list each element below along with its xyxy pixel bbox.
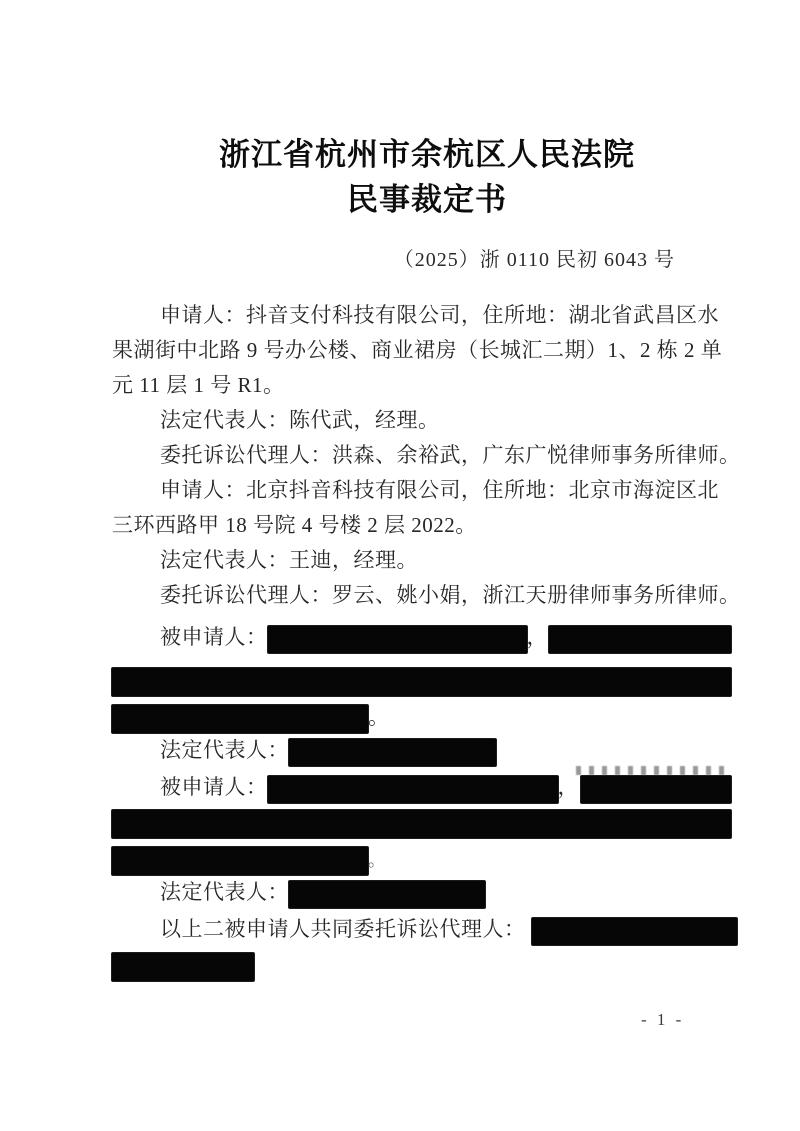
- applicant1-legal-rep: 法定代表人：陈代武，经理。: [112, 403, 800, 438]
- page-number: - 1 -: [641, 1008, 684, 1032]
- respondent2-redacted-line2: [112, 805, 800, 840]
- respondent2-legal-rep-row: 法定代表人：: [112, 875, 800, 910]
- applicant2-agents: 委托诉讼代理人：罗云、姚小娟，浙江天册律师事务所律师。: [112, 578, 800, 613]
- redaction-bar: [112, 810, 731, 838]
- respondent2-redacted-line3: 。: [112, 842, 800, 878]
- redaction-bar: [112, 705, 368, 733]
- legal-rep-label: 法定代表人：: [160, 738, 289, 762]
- document-page: 浙江省杭州市余杭区人民法院 民事裁定书 （2025）浙 0110 民初 6043…: [0, 0, 800, 1131]
- respondent-label: 被申请人：: [160, 625, 268, 649]
- redaction-bar: [289, 881, 485, 908]
- redaction-bar: [268, 626, 527, 653]
- respondent1-redacted-line3: 。: [112, 700, 800, 735]
- court-title: 浙江省杭州市余杭区人民法院: [27, 132, 800, 178]
- respondent1-legal-rep-row: 法定代表人：: [112, 733, 800, 768]
- joint-agent-label: 以上二被申请人共同委托诉讼代理人：: [160, 917, 526, 941]
- joint-agent-redacted-line2: [112, 948, 800, 983]
- applicant2-legal-rep: 法定代表人：王迪，经理。: [112, 543, 800, 578]
- case-number: （2025）浙 0110 民初 6043 号: [394, 245, 675, 275]
- comma-separator: ，: [527, 625, 549, 649]
- applicant2-line1: 申请人：北京抖音科技有限公司，住所地：北京市海淀区北: [112, 473, 800, 508]
- redaction-bar: [112, 847, 368, 875]
- comma-separator: ，: [558, 775, 580, 799]
- applicant2-line2: 三环西路甲 18 号院 4 号楼 2 层 2022。: [112, 508, 800, 543]
- applicant1-line1: 申请人：抖音支付科技有限公司，住所地：湖北省武昌区水: [112, 298, 800, 333]
- period-mark: 。: [368, 705, 390, 729]
- redaction-bar: [289, 739, 496, 766]
- faint-text-artifact: [576, 766, 726, 775]
- applicant1-line2: 果湖街中北路 9 号办公楼、商业裙房（长城汇二期）1、2 栋 2 单: [112, 333, 800, 368]
- redaction-bar: [581, 776, 731, 803]
- redaction-bar: [549, 626, 731, 653]
- respondent2-row: 被申请人：，: [112, 770, 800, 805]
- period-mark: 。: [368, 851, 386, 870]
- redaction-bar: [112, 668, 731, 696]
- respondent1-row: 被申请人：，: [112, 620, 800, 655]
- respondent-label: 被申请人：: [160, 775, 268, 799]
- redaction-bar: [268, 776, 558, 803]
- redaction-bar: [532, 918, 737, 945]
- respondent1-redacted-line2: [112, 663, 800, 698]
- document-type-title: 民事裁定书: [27, 177, 800, 223]
- redaction-bar: [112, 953, 254, 981]
- applicant1-agents: 委托诉讼代理人：洪森、余裕武，广东广悦律师事务所律师。: [112, 438, 800, 473]
- legal-rep-label: 法定代表人：: [160, 880, 289, 904]
- joint-agent-row: 以上二被申请人共同委托诉讼代理人：: [112, 912, 800, 947]
- applicant1-line3: 元 11 层 1 号 R1。: [112, 368, 800, 403]
